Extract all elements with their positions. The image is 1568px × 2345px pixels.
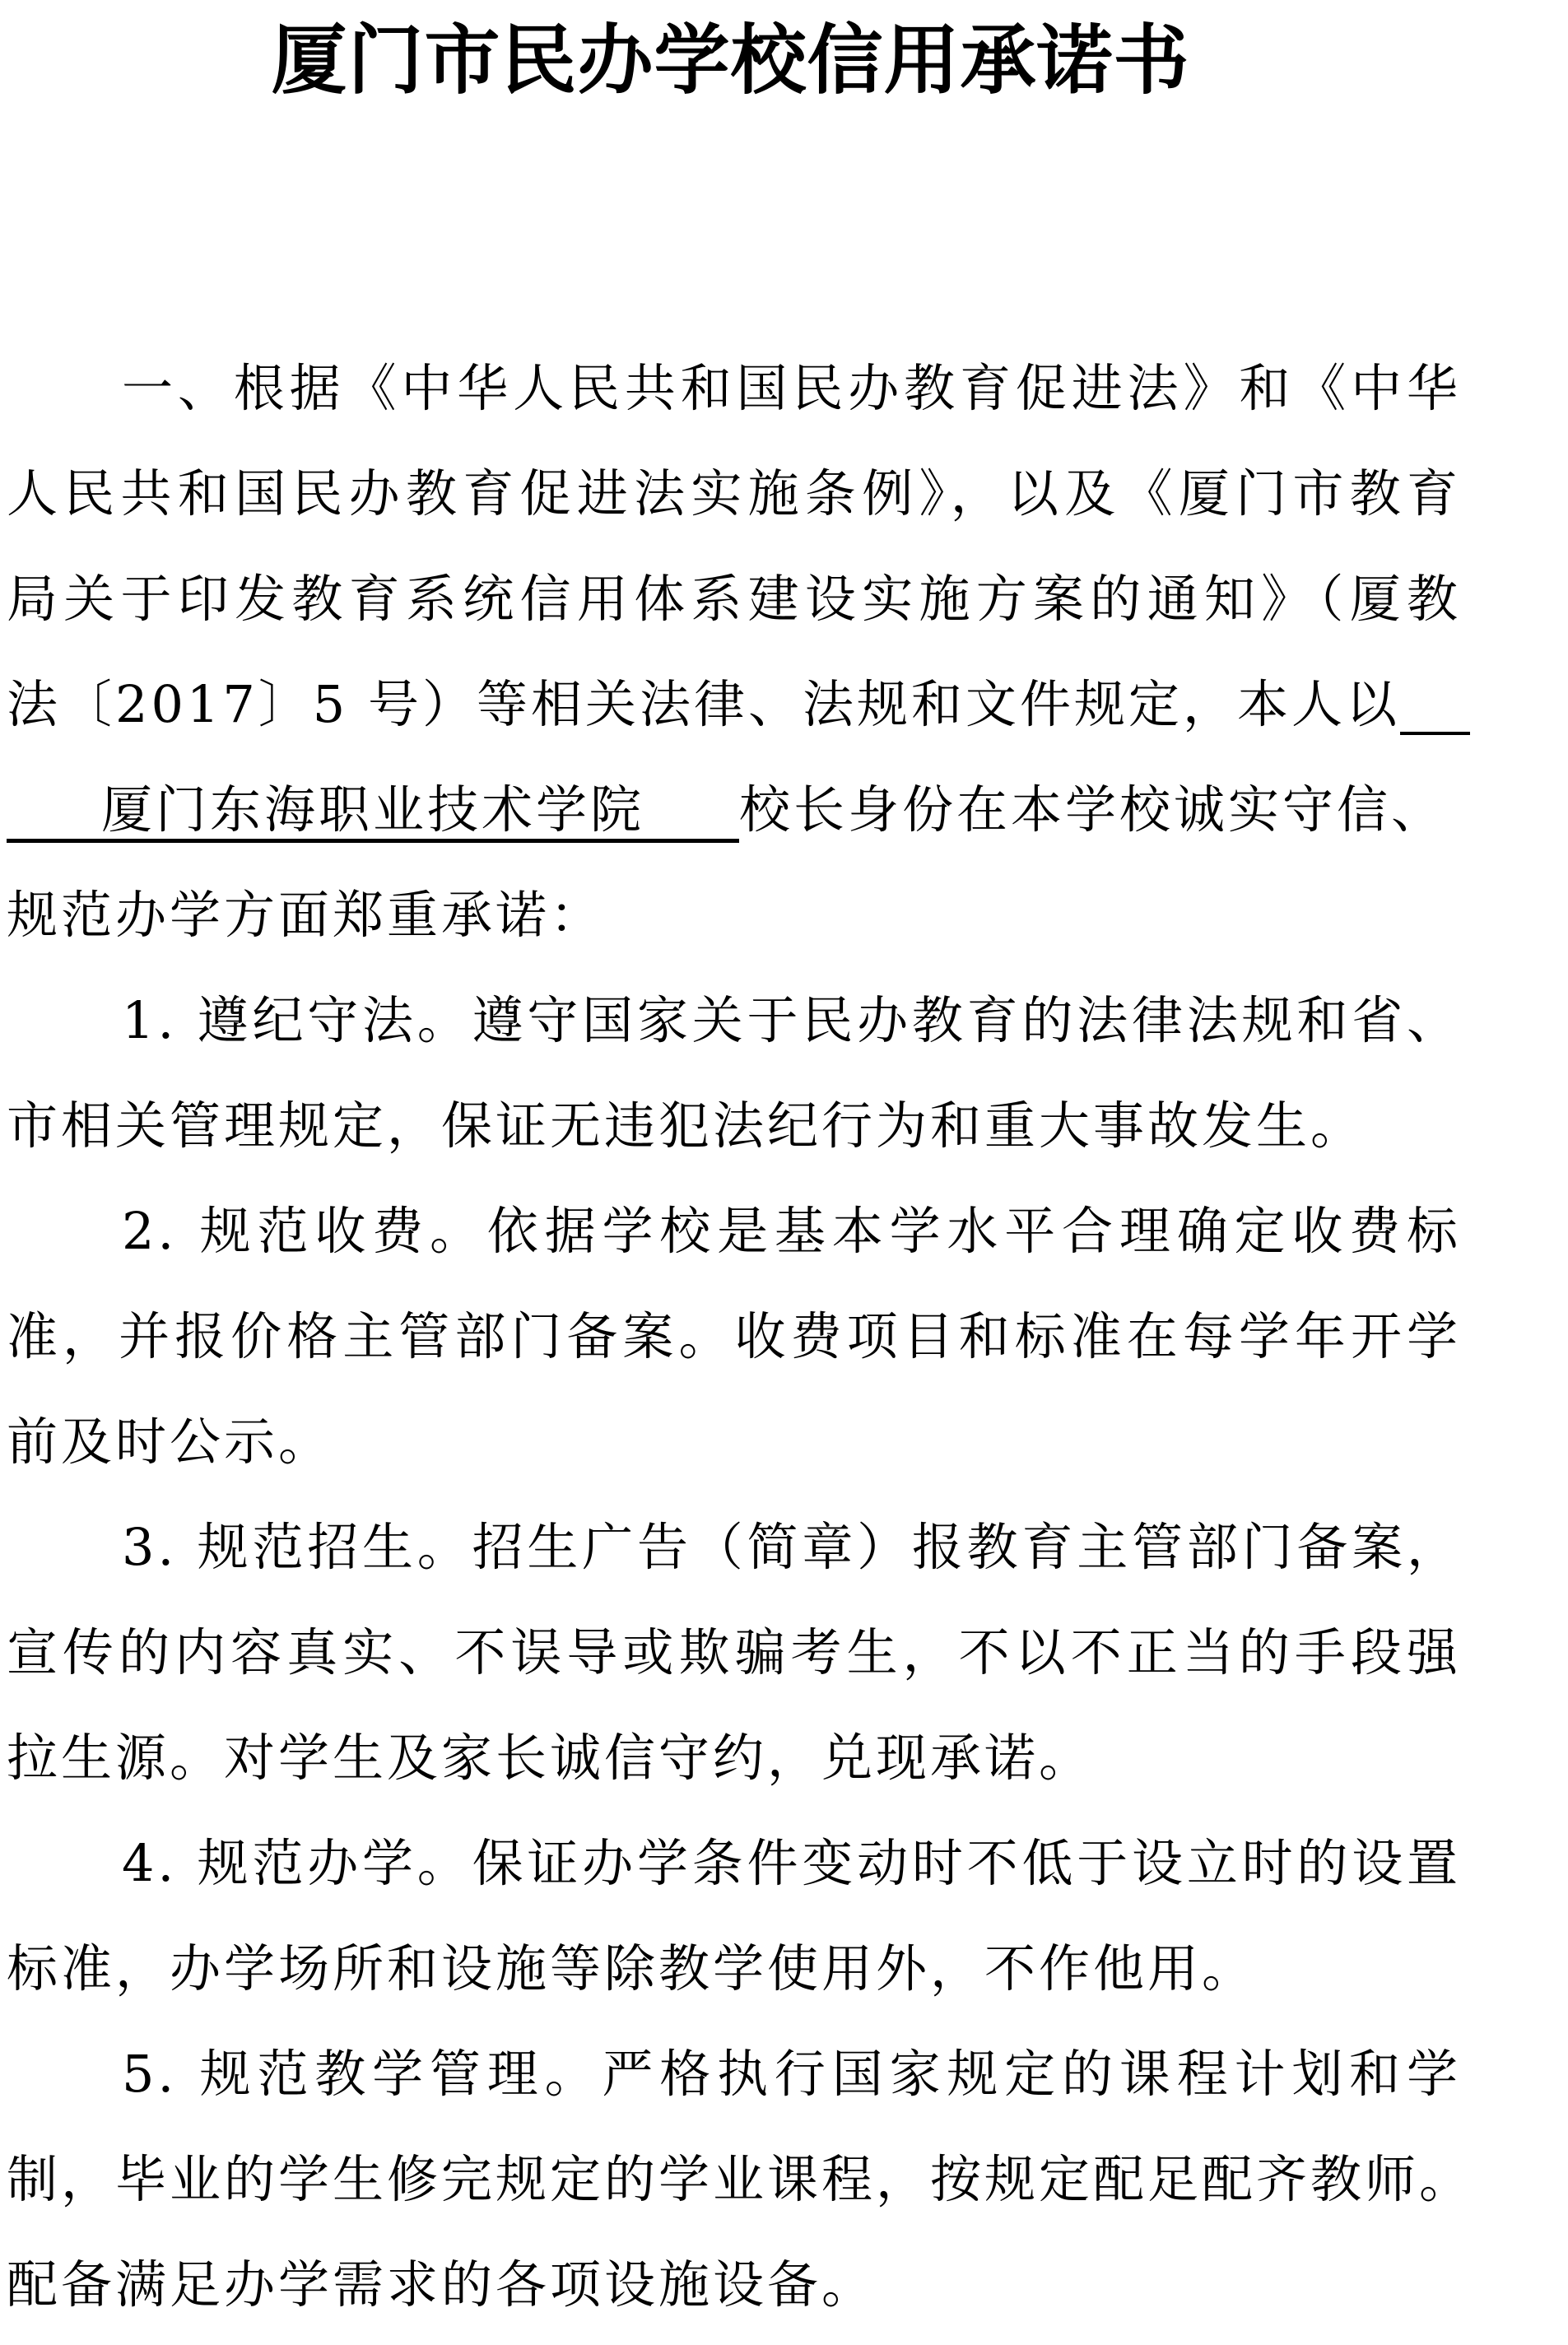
commitment-2-line-1: 2. 规范收费。依据学校是基本学水平合理确定收费标 (7, 1179, 1461, 1284)
school-name: 厦门东海职业技术学院 (101, 779, 644, 840)
commitment-1-line-2: 市相关管理规定，保证无违犯法纪行为和重大事故发生。 (7, 1073, 1461, 1179)
intro-line-3: 局关于印发教育系统信用体系建设实施方案的通知》（厦教 (7, 547, 1461, 652)
intro-line-1: 一、根据《中华人民共和国民办教育促进法》和《中华 (7, 336, 1461, 441)
intro-line-6: 规范办学方面郑重承诺： (7, 863, 1461, 968)
commitment-3-line-2: 宣传的内容真实、不误导或欺骗考生，不以不正当的手段强 (7, 1600, 1461, 1705)
commitment-4-line-1: 4. 规范办学。保证办学条件变动时不低于设立时的设置 (7, 1811, 1461, 1916)
blank-underline-short (1400, 732, 1470, 735)
commitment-1-line-1: 1. 遵纪守法。遵守国家关于民办教育的法律法规和省、 (7, 968, 1461, 1073)
commitment-3-line-1: 3. 规范招生。招生广告（简章）报教育主管部门备案， (7, 1495, 1461, 1600)
intro-line-4-text: 法〔2017〕5 号）等相关法律、法规和文件规定，本人以 (7, 674, 1400, 734)
commitment-2-line-2: 准，并报价格主管部门备案。收费项目和标准在每学年开学 (7, 1284, 1461, 1389)
title-gap (0, 107, 1568, 336)
school-name-blank: 厦门东海职业技术学院 (7, 781, 739, 843)
intro-line-2: 人民共和国民办教育促进法实施条例》，以及《厦门市教育 (7, 441, 1461, 547)
commitment-2-line-3: 前及时公示。 (7, 1389, 1461, 1495)
intro-line-5-text: 校长身份在本学校诚实守信、 (739, 779, 1445, 840)
commitment-3-line-3: 拉生源。对学生及家长诚信守约，兑现承诺。 (7, 1705, 1461, 1811)
commitment-5-line-2: 制，毕业的学生修完规定的学业课程，按规定配足配齐教师。 (7, 2127, 1461, 2232)
commitment-5-line-3: 配备满足办学需求的各项设施设备。 (7, 2232, 1461, 2338)
commitment-4-line-2: 标准，办学场所和设施等除教学使用外，不作他用。 (7, 1916, 1461, 2022)
intro-line-4: 法〔2017〕5 号）等相关法律、法规和文件规定，本人以 (7, 652, 1461, 757)
document-body: 一、根据《中华人民共和国民办教育促进法》和《中华 人民共和国民办教育促进法实施条… (0, 336, 1568, 2338)
commitment-5-line-1: 5. 规范教学管理。严格执行国家规定的课程计划和学 (7, 2022, 1461, 2127)
intro-line-5: 厦门东海职业技术学院校长身份在本学校诚实守信、 (7, 757, 1461, 863)
document-page: 厦门市民办学校信用承诺书 一、根据《中华人民共和国民办教育促进法》和《中华 人民… (0, 0, 1568, 2345)
document-title: 厦门市民办学校信用承诺书 (0, 15, 1568, 107)
